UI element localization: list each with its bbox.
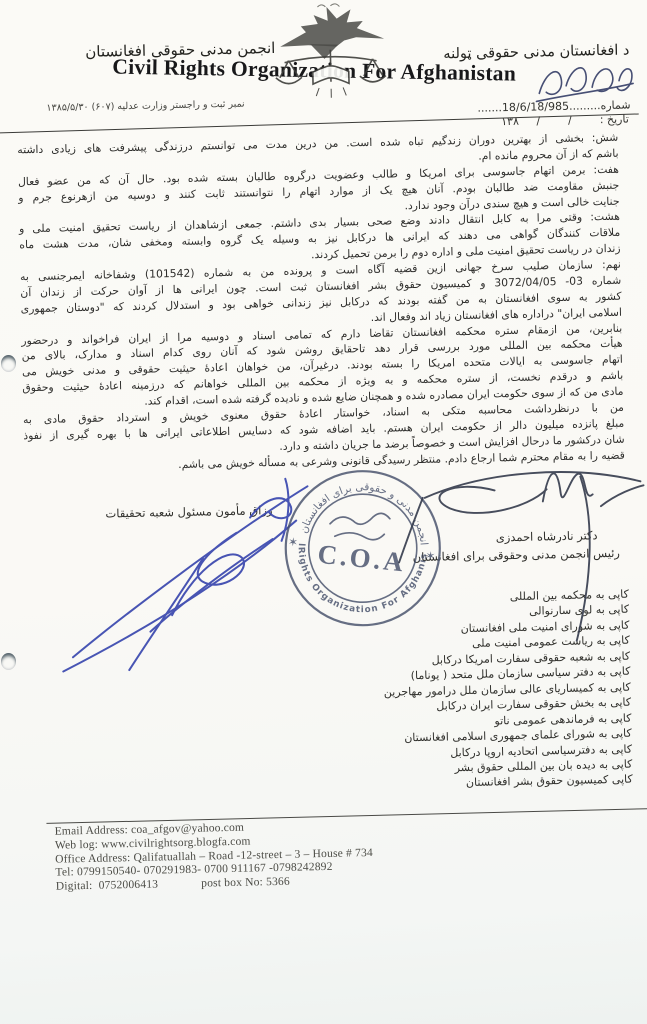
stamp-center-text: C.O.A: [316, 539, 407, 578]
footer-contact: Email Address: coa_afgov@yahoo.comWeb lo…: [55, 819, 374, 895]
registration-note: نمبر ثبت و راجستر وزارت عدلیه (۶۰۷) ۱۳۸۵…: [46, 99, 244, 114]
eagle-scales-emblem-icon: [257, 0, 404, 115]
handwritten-mark: [530, 49, 636, 106]
stamp-star-left: ✶: [287, 535, 298, 550]
punch-hole-bottom: [1, 653, 16, 670]
number-dots-trailing: .......: [477, 101, 502, 115]
signature-right: [394, 445, 647, 650]
letter-body: شش: بخشی از بهترین دوران زندگیم تباه شده…: [17, 130, 625, 476]
scanned-letter: د افغانستان مدنی حقوقی ټولنه انجمن مدنی …: [0, 0, 647, 1024]
punch-hole-top: [1, 355, 16, 372]
letter-content: د افغانستان مدنی حقوقی ټولنه انجمن مدنی …: [0, 0, 647, 1024]
